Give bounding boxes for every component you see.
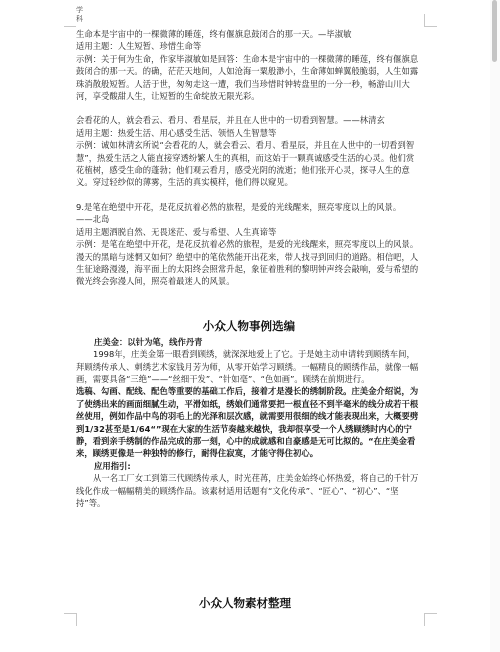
page-corner-mark	[424, 613, 437, 626]
theme-line: 适用主题：人生短暂、珍惜生命等	[76, 40, 422, 52]
vertical-scrollbar[interactable]	[490, 0, 500, 652]
next-section-title: 小众人物素材整理	[0, 595, 490, 611]
margin-char: 学	[76, 6, 86, 15]
example-paragraph: 示例：关于何为生命，作家毕淑敏如是回答：生命本是宇宙中的一棵微薄的睡莲，终有偃旗…	[76, 53, 422, 103]
story-paragraph-bold: 选稿、勾画、配线、配色等重要的基础工作后，接着才是漫长的绣制阶段。庄美金介绍说，…	[76, 385, 422, 459]
document-body: 生命本是宇宙中的一棵微薄的睡莲，终有偃旗息鼓闭合的那一天。—毕淑敏 适用主题：人…	[76, 28, 422, 509]
theme-line: 适用主题洒脱自然、无畏迷茫、爱与希望、人生真谛等	[76, 226, 422, 238]
page-corner-mark	[64, 613, 77, 626]
margin-char: 科	[76, 15, 86, 24]
margin-watermark: 学 科	[76, 6, 86, 24]
scrollbar-thumb[interactable]	[492, 0, 497, 62]
example-paragraph: 示例：诚如林清玄所说“会看花的人，就会看云、看月、看星辰，并且在人世中的一切看到…	[76, 139, 422, 189]
guide-label: 应用指引:	[76, 460, 422, 472]
document-page: 学 科 生命本是宇宙中的一棵微薄的睡莲，终有偃旗息鼓闭合的那一天。—毕淑敏 适用…	[0, 0, 490, 652]
guide-paragraph: 从一名工厂女工到第三代顾绣传承人，时光荏苒，庄美金始终心怀热爱，将自己的千针万线…	[76, 472, 422, 509]
page-corner-mark	[64, 14, 76, 27]
section-title: 小众人物事例选编	[76, 318, 422, 334]
page-corner-mark	[424, 14, 437, 27]
quote-bishumin: 生命本是宇宙中的一棵微薄的睡莲，终有偃旗息鼓闭合的那一天。—毕淑敏	[76, 28, 422, 40]
story-paragraph: 1998年，庄美金第一眼看到顾绣，就深深地爱上了它。于是她主动申请转到顾绣车间，…	[76, 348, 422, 385]
quote-beidao: 9.是笔在绝望中开花，是花反抗着必然的旅程，是爱的光线醒来，照亮零度以上的风景。	[76, 201, 422, 213]
person-subtitle: 庄美金：以针为笔，线作丹青	[76, 336, 422, 348]
quote-author: ——北岛	[76, 213, 422, 225]
example-paragraph: 示例：是笔在绝望中开花，是花反抗着必然的旅程，是爱的光线醒来，照亮零度以上的风景…	[76, 238, 422, 288]
theme-line: 适用主题：热爱生活、用心感受生活、领悟人生智慧等	[76, 127, 422, 139]
quote-linqingxuan: 会看花的人，就会看云、看月、看星辰，并且在人世中的一切看到智慧。——林清玄	[76, 114, 422, 126]
